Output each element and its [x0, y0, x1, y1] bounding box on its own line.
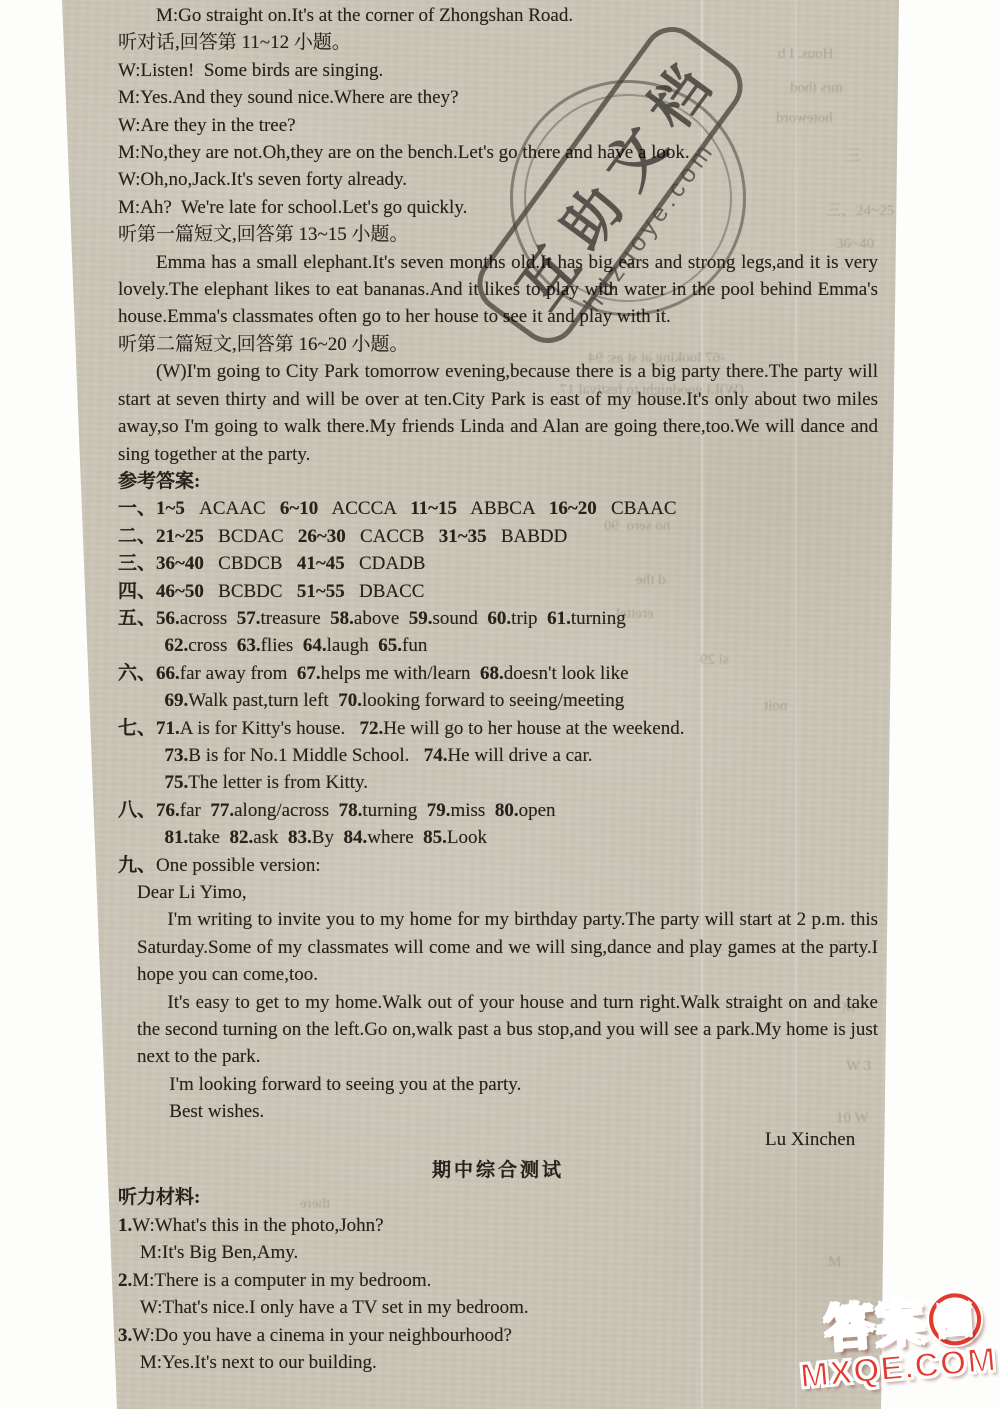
text-line: 3.W:Do you have a cinema in your neighbo… — [118, 1322, 878, 1349]
text-segment: BCDAC — [204, 526, 298, 547]
text-line: Best wishes. — [137, 1098, 878, 1125]
text-segment-bold: 61. — [547, 608, 571, 629]
text-segment: I'm writing to invite you to my home for… — [137, 909, 883, 985]
text-segment: He will drive a car. — [447, 745, 592, 766]
text-segment: looking forward to seeing/meeting — [362, 690, 624, 711]
text-segment-bold: 85. — [423, 827, 447, 848]
text-segment-bold: 64. — [303, 635, 327, 656]
text-segment: ABBCA — [457, 498, 549, 519]
text-line: 听第二篇短文,回答第 16~20 小题。 — [118, 331, 878, 358]
text-segment: doesn't look like — [504, 663, 629, 684]
text-segment: CACCB — [346, 526, 439, 547]
text-segment: ACCCA — [318, 498, 410, 519]
text-segment-bold: 69. — [165, 690, 189, 711]
text-segment-bold: 六、 — [118, 663, 156, 684]
text-line: (W)I'm going to City Park tomorrow eveni… — [118, 358, 878, 468]
text-segment: turning — [362, 800, 426, 821]
text-line: 四、46~50 BCBDC 51~55 DBACC — [118, 578, 878, 605]
text-segment: W:Do you have a cinema in your neighbour… — [132, 1325, 512, 1346]
text-segment-bold: 11~15 — [410, 498, 457, 519]
text-line: 七、71.A is for Kitty's house. 72.He will … — [118, 715, 878, 742]
text-segment-bold: 62. — [165, 635, 189, 656]
text-segment: helps me with/learn — [321, 663, 480, 684]
text-segment: 听第一篇短文,回答第 13~15 小题。 — [118, 224, 409, 245]
text-segment: ask — [253, 827, 288, 848]
text-segment-bold: 46~50 — [156, 581, 204, 602]
text-segment-bold: 83. — [288, 827, 312, 848]
text-segment: BCBDC — [204, 581, 297, 602]
text-line: 听对话,回答第 11~12 小题。 — [118, 29, 878, 56]
text-segment: I'm looking forward to seeing you at the… — [169, 1074, 521, 1095]
text-segment-bold: 四、 — [118, 581, 156, 602]
text-segment-bold: 65. — [378, 635, 402, 656]
text-line: W:Listen! Some birds are singing. — [118, 57, 878, 84]
text-segment-bold: 57. — [237, 608, 261, 629]
text-segment: CDADB — [345, 553, 426, 574]
text-segment-bold: 1. — [118, 1215, 132, 1236]
text-segment: Emma has a small elephant.It's seven mon… — [118, 252, 883, 328]
text-line: 期中综合测试 — [118, 1157, 878, 1184]
text-line: 81.take 82.ask 83.By 84.where 85.Look — [118, 824, 878, 851]
text-line: 九、One possible version: — [118, 852, 878, 879]
text-line: W:Are they in the tree? — [118, 112, 878, 139]
text-segment-bold: 26~30 — [298, 526, 346, 547]
text-segment: sound — [433, 608, 488, 629]
text-segment: treasure — [261, 608, 331, 629]
text-segment-bold: 73. — [165, 745, 189, 766]
text-segment: W:Are they in the tree? — [118, 115, 296, 136]
text-segment-bold: 听力材料: — [118, 1187, 200, 1208]
text-segment: By — [312, 827, 344, 848]
text-line: M:Go straight on.It's at the corner of Z… — [118, 2, 878, 29]
text-line: M:Ah? We're late for school.Let's go qui… — [118, 194, 878, 221]
text-segment: B is for No.1 Middle School. — [188, 745, 423, 766]
text-segment-bold: 31~35 — [439, 526, 487, 547]
text-line: 听力材料: — [118, 1184, 878, 1211]
text-segment: open — [519, 800, 556, 821]
text-segment-bold: 21~25 — [156, 526, 204, 547]
text-segment-bold: 63. — [237, 635, 261, 656]
text-segment: It's easy to get to my home.Walk out of … — [137, 992, 883, 1068]
text-line: 一、1~5 ACAAC 6~10 ACCCA 11~15 ABBCA 16~20… — [118, 495, 878, 522]
text-segment: 听对话,回答第 11~12 小题。 — [118, 32, 351, 53]
text-segment-bold: 66. — [156, 663, 180, 684]
text-line: 75.The letter is from Kitty. — [118, 769, 878, 796]
text-segment-bold: 九、 — [118, 855, 156, 876]
text-line: 62.cross 63.flies 64.laugh 65.fun — [118, 632, 878, 659]
text-segment-bold: 2. — [118, 1270, 132, 1291]
text-segment: Walk past,turn left — [188, 690, 338, 711]
text-segment-bold: 1~5 — [156, 498, 185, 519]
text-segment: Look — [447, 827, 487, 848]
text-segment-bold: 80. — [495, 800, 519, 821]
text-segment: miss — [450, 800, 494, 821]
text-segment-bold: 6~10 — [280, 498, 318, 519]
text-segment: far — [180, 800, 211, 821]
text-segment-bold: 一、 — [118, 498, 156, 519]
text-segment: W:What's this in the photo,John? — [132, 1215, 383, 1236]
text-segment: M:There is a computer in my bedroom. — [132, 1270, 431, 1291]
text-segment-bold: 78. — [339, 800, 363, 821]
text-line: M:It's Big Ben,Amy. — [118, 1239, 878, 1266]
answer-circle-ring-icon: 圈 — [927, 1291, 983, 1347]
text-segment-bold: 77. — [210, 800, 234, 821]
text-segment-bold: 76. — [156, 800, 180, 821]
text-segment-bold: 3. — [118, 1325, 132, 1346]
text-segment: Dear Li Yimo, — [137, 882, 247, 903]
text-segment-bold: 82. — [229, 827, 253, 848]
text-segment: Lu Xinchen — [765, 1129, 855, 1150]
text-line: Lu Xinchen — [118, 1126, 878, 1153]
text-line: 73.B is for No.1 Middle School. 74.He wi… — [118, 742, 878, 769]
text-segment: Best wishes. — [169, 1101, 264, 1122]
text-line: W:Oh,no,Jack.It's seven forty already. — [118, 166, 878, 193]
text-segment-bold: 三、 — [118, 553, 156, 574]
text-segment: M:Yes.It's next to our building. — [140, 1352, 377, 1373]
text-segment-bold: 41~45 — [297, 553, 345, 574]
text-segment: 听第二篇短文,回答第 16~20 小题。 — [118, 334, 409, 355]
text-segment-bold: 八、 — [118, 800, 156, 821]
text-segment: far away from — [180, 663, 297, 684]
text-segment: M:Yes.And they sound nice.Where are they… — [118, 87, 459, 108]
text-segment-bold: 七、 — [118, 718, 156, 739]
text-segment-bold: 36~40 — [156, 553, 204, 574]
text-segment-bold: 70. — [338, 690, 362, 711]
text-line: M:No,they are not.Oh,they are on the ben… — [118, 139, 878, 166]
text-line: Dear Li Yimo, — [137, 879, 878, 906]
text-segment: He will go to her house at the weekend. — [383, 718, 684, 739]
text-segment: CBDCB — [204, 553, 297, 574]
text-segment-bold: 68. — [480, 663, 504, 684]
text-segment-bold: 79. — [427, 800, 451, 821]
text-segment: The letter is from Kitty. — [188, 772, 368, 793]
text-segment: cross — [188, 635, 237, 656]
text-segment: W:Oh,no,Jack.It's seven forty already. — [118, 169, 407, 190]
text-segment: (W)I'm going to City Park tomorrow eveni… — [118, 361, 883, 464]
text-segment: along/across — [234, 800, 338, 821]
text-segment-bold: 81. — [165, 827, 189, 848]
text-segment: turning — [571, 608, 626, 629]
text-line: 三、36~40 CBDCB 41~45 CDADB — [118, 550, 878, 577]
text-line: Emma has a small elephant.It's seven mon… — [118, 249, 878, 331]
text-segment-bold: 59. — [409, 608, 433, 629]
text-segment-bold: 二、 — [118, 526, 156, 547]
text-line: I'm looking forward to seeing you at the… — [137, 1071, 878, 1098]
text-line: 听第一篇短文,回答第 13~15 小题。 — [118, 221, 878, 248]
text-segment: A is for Kitty's house. — [180, 718, 360, 739]
text-segment: BABDD — [487, 526, 568, 547]
text-segment-bold: 60. — [487, 608, 511, 629]
text-segment: W:Listen! Some birds are singing. — [118, 60, 383, 81]
text-segment-bold: 51~55 — [297, 581, 345, 602]
text-line: 参考答案: — [118, 468, 878, 495]
text-segment-bold: 71. — [156, 718, 180, 739]
text-segment: trip — [511, 608, 547, 629]
text-line: W:That's nice.I only have a TV set in my… — [118, 1294, 878, 1321]
text-line: 八、76.far 77.along/across 78.turning 79.m… — [118, 797, 878, 824]
text-segment: CBAAC — [597, 498, 677, 519]
text-line: 五、56.across 57.treasure 58.above 59.soun… — [118, 605, 878, 632]
text-segment-bold: 期中综合测试 — [432, 1160, 564, 1181]
text-segment: M:No,they are not.Oh,they are on the ben… — [118, 142, 690, 163]
text-segment: where — [367, 827, 423, 848]
text-segment: take — [188, 827, 229, 848]
text-segment: M:Ah? We're late for school.Let's go qui… — [118, 197, 467, 218]
text-segment: above — [354, 608, 409, 629]
text-segment-bold: 58. — [330, 608, 354, 629]
text-line: 二、21~25 BCDAC 26~30 CACCB 31~35 BABDD — [118, 523, 878, 550]
text-segment: laugh — [327, 635, 379, 656]
text-segment-bold: 56. — [156, 608, 180, 629]
text-segment-bold: 75. — [165, 772, 189, 793]
text-segment: One possible version: — [156, 855, 321, 876]
text-segment-bold: 参考答案: — [118, 471, 200, 492]
text-segment-bold: 五、 — [118, 608, 156, 629]
text-segment-bold: 16~20 — [549, 498, 597, 519]
text-segment: across — [180, 608, 237, 629]
text-line: M:Yes.It's next to our building. — [118, 1349, 878, 1376]
text-line: 2.M:There is a computer in my bedroom. — [118, 1267, 878, 1294]
text-segment-bold: 74. — [424, 745, 448, 766]
text-line: 六、66.far away from 67.helps me with/lear… — [118, 660, 878, 687]
text-line: I'm writing to invite you to my home for… — [137, 906, 878, 988]
text-line: 69.Walk past,turn left 70.looking forwar… — [118, 687, 878, 714]
text-segment-bold: 67. — [297, 663, 321, 684]
text-segment: W:That's nice.I only have a TV set in my… — [140, 1297, 529, 1318]
text-segment: M:It's Big Ben,Amy. — [140, 1242, 298, 1263]
text-segment: M:Go straight on.It's at the corner of Z… — [156, 5, 573, 26]
text-segment: DBACC — [345, 581, 425, 602]
text-segment: flies — [261, 635, 303, 656]
text-line: M:Yes.And they sound nice.Where are they… — [118, 84, 878, 111]
text-segment: fun — [402, 635, 427, 656]
page-text-block: M:Go straight on.It's at the corner of Z… — [118, 2, 878, 1376]
text-line: 1.W:What's this in the photo,John? — [118, 1212, 878, 1239]
text-line: It's easy to get to my home.Walk out of … — [137, 989, 878, 1071]
text-segment-bold: 72. — [359, 718, 383, 739]
text-segment-bold: 84. — [343, 827, 367, 848]
text-segment: ACAAC — [185, 498, 280, 519]
